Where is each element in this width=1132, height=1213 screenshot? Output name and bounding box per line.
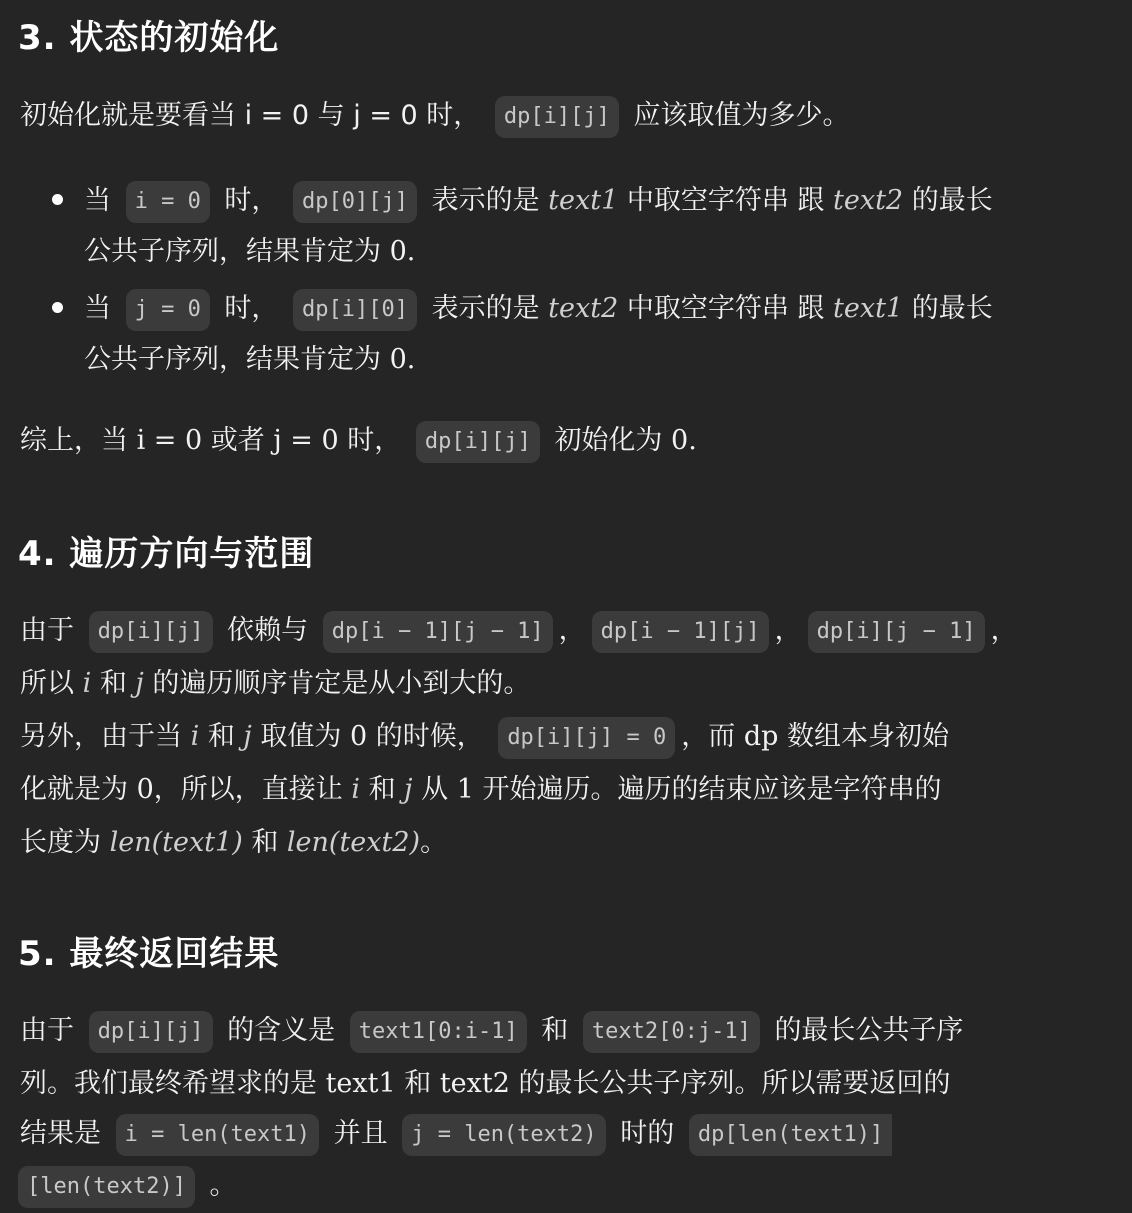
inline-code: text2[0:j-1] <box>583 1011 760 1053</box>
text: 时， <box>224 293 278 324</box>
text: 表示的是 <box>432 185 549 216</box>
paragraph-result-line4: [len(text2)] 。 <box>18 1160 237 1212</box>
math-var: i <box>351 774 360 805</box>
text: j = 0 <box>353 100 417 131</box>
text: 综上，当 i = 0 或者 j = 0 时， <box>20 425 401 456</box>
paragraph-order-line4: 化就是为 0，所以，直接让 i 和 j 从 1 开始遍历。遍历的结束应该是字符串… <box>20 764 941 816</box>
math-var: j <box>135 668 143 699</box>
text: 由于 <box>20 615 74 646</box>
text: 中取空字符串 跟 <box>618 185 833 216</box>
list-item-2: 当 j = 0 时， dp[i][0] 表示的是 text2 中取空字符串 跟 … <box>84 283 993 335</box>
text: 化就是为 0，所以，直接让 <box>20 774 351 805</box>
math-var: j <box>404 774 412 805</box>
text: 时， <box>418 100 481 131</box>
inline-code: dp[i][j] = 0 <box>498 717 675 759</box>
text: 结果是 <box>20 1118 101 1149</box>
text: i = 0 <box>245 100 309 131</box>
text: 长度为 <box>20 827 110 858</box>
inline-code: dp[i][j] <box>89 1011 213 1053</box>
text: 的遍历顺序肯定是从小到大的。 <box>144 668 531 699</box>
text: 时的 <box>620 1118 674 1149</box>
inline-code: dp[i][j] <box>89 611 213 653</box>
inline-code: dp[len(text1)] <box>689 1114 892 1156</box>
heading-section-5: 5. 最终返回结果 <box>18 926 279 975</box>
inline-code: dp[i][j] <box>495 96 619 138</box>
inline-code: dp[i][j] <box>416 421 540 463</box>
text: 并且 <box>334 1118 388 1149</box>
paragraph-order-line5: 长度为 len(text1) 和 len(text2)。 <box>20 817 447 869</box>
text: 和 <box>360 774 404 805</box>
math-var: i <box>191 721 200 752</box>
text: ， <box>559 615 586 646</box>
text: 中取空字符串 跟 <box>618 293 833 324</box>
text: 的含义是 <box>227 1015 335 1046</box>
text: 和 <box>199 721 243 752</box>
bullet-icon <box>52 302 63 313</box>
math-var: text2 <box>833 185 903 216</box>
text: 初始化为 0. <box>554 425 696 456</box>
text: 。 <box>201 1170 237 1201</box>
text: 和 <box>243 827 287 858</box>
paragraph-init-summary: 综上，当 i = 0 或者 j = 0 时， dp[i][j] 初始化为 0. <box>20 415 697 467</box>
text: 的最长 <box>903 293 993 324</box>
list-item-1-cont: 公共子序列，结果肯定为 0. <box>84 226 415 278</box>
paragraph-order-line2: 所以 i 和 j 的遍历顺序肯定是从小到大的。 <box>20 658 530 710</box>
text: 所以 <box>20 668 83 699</box>
text: ，而 dp 数组本身初始 <box>681 721 949 752</box>
text: 另外，由于当 <box>20 721 191 752</box>
math-var: j <box>243 721 251 752</box>
paragraph-init-intro: 初始化就是要看当 i = 0 与 j = 0 时， dp[i][j] 应该取值为… <box>20 90 849 142</box>
text: 依赖与 <box>227 615 308 646</box>
text: 与 <box>309 100 353 131</box>
text: 和 <box>91 668 135 699</box>
inline-code: text1[0:i-1] <box>350 1011 527 1053</box>
text: ， <box>991 615 1018 646</box>
text: 当 <box>84 185 111 216</box>
math-expr: len(text1) <box>110 827 243 858</box>
inline-code: [len(text2)] <box>18 1166 195 1208</box>
inline-code: dp[i − 1][j] <box>592 611 769 653</box>
text: ， <box>775 615 802 646</box>
text: 。 <box>420 827 447 858</box>
math-var: text1 <box>833 293 903 324</box>
math-var: i <box>83 668 92 699</box>
inline-code: dp[0][j] <box>293 181 417 223</box>
math-var: text2 <box>548 293 618 324</box>
text: 时， <box>224 185 278 216</box>
text: 初始化就是要看当 <box>20 100 245 131</box>
text: 和 <box>541 1015 568 1046</box>
text: 当 <box>84 293 111 324</box>
text: 的最长公共子序 <box>774 1015 963 1046</box>
text: 取值为 0 的时候， <box>252 721 484 752</box>
inline-code: i = len(text1) <box>116 1114 319 1156</box>
paragraph-result-line2: 列。我们最终希望求的是 text1 和 text2 的最长公共子序列。所以需要返… <box>20 1058 951 1110</box>
text: 由于 <box>20 1015 74 1046</box>
list-item-1: 当 i = 0 时， dp[0][j] 表示的是 text1 中取空字符串 跟 … <box>84 175 993 227</box>
text: 的最长 <box>903 185 993 216</box>
inline-code: i = 0 <box>126 181 210 223</box>
heading-section-3: 3. 状态的初始化 <box>18 10 279 59</box>
inline-code: j = len(text2) <box>402 1114 605 1156</box>
document-page: 3. 状态的初始化 初始化就是要看当 i = 0 与 j = 0 时， dp[i… <box>0 0 1132 1213</box>
list-item-2-cont: 公共子序列，结果肯定为 0. <box>84 334 415 386</box>
inline-code: dp[i][j − 1] <box>808 611 985 653</box>
bullet-icon <box>52 194 63 205</box>
inline-code: j = 0 <box>126 289 210 331</box>
paragraph-order-line1: 由于 dp[i][j] 依赖与 dp[i − 1][j − 1]，dp[i − … <box>20 605 1018 657</box>
text: 从 1 开始遍历。遍历的结束应该是字符串的 <box>413 774 942 805</box>
paragraph-result-line3: 结果是 i = len(text1) 并且 j = len(text2) 时的 … <box>20 1108 892 1160</box>
paragraph-result-line1: 由于 dp[i][j] 的含义是 text1[0:i-1] 和 text2[0:… <box>20 1005 963 1057</box>
text: 应该取值为多少。 <box>633 100 849 131</box>
paragraph-order-line3: 另外，由于当 i 和 j 取值为 0 的时候， dp[i][j] = 0，而 d… <box>20 711 949 763</box>
text: 表示的是 <box>432 293 549 324</box>
math-expr: len(text2) <box>287 827 420 858</box>
inline-code: dp[i − 1][j − 1] <box>323 611 553 653</box>
math-var: text1 <box>548 185 618 216</box>
heading-section-4: 4. 遍历方向与范围 <box>18 526 314 575</box>
inline-code: dp[i][0] <box>293 289 417 331</box>
